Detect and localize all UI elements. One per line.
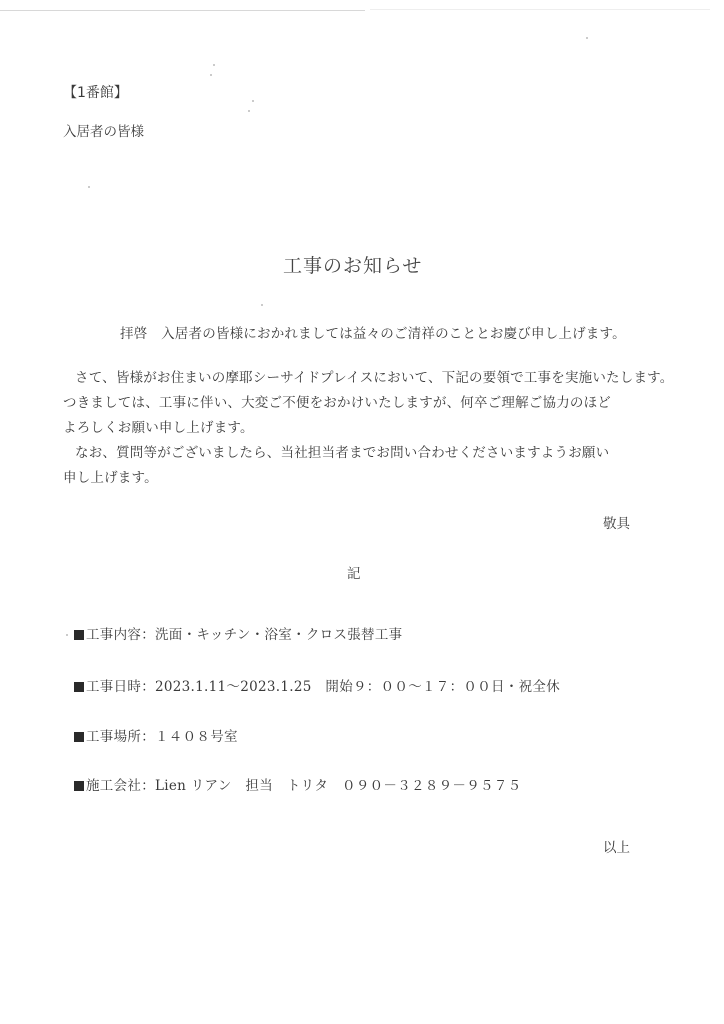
item-value: 洗面・キッチン・浴室・クロス張替工事 bbox=[155, 627, 402, 643]
scan-speck bbox=[248, 110, 250, 112]
scan-speck bbox=[213, 64, 215, 66]
scan-speck bbox=[261, 304, 263, 306]
greeting-line: 拝啓 入居者の皆様におかれましては益々のご清祥のこととお慶び申し上げます。 bbox=[120, 322, 626, 342]
body-line: 申し上げます。 bbox=[63, 466, 158, 486]
scan-speck bbox=[66, 634, 68, 636]
item-label: 工事内容： bbox=[86, 627, 155, 643]
square-bullet-icon bbox=[74, 682, 84, 692]
square-bullet-icon bbox=[74, 732, 84, 742]
scan-artifact-line bbox=[370, 9, 710, 10]
item-value: 2023.1.11～2023.1.25 開始９：００～１７：００日・祝全休 bbox=[155, 679, 560, 695]
detail-item-work-dates: 工事日時：2023.1.11～2023.1.25 開始９：００～１７：００日・祝… bbox=[74, 675, 560, 695]
body-line: つきましては、工事に伴い、大変ご不便をおかけいたしますが、何卒ご理解ご協力のほど bbox=[63, 391, 611, 411]
item-value: １４０８号室 bbox=[155, 729, 238, 745]
item-value: Lien リアン 担当 トリタ ０９０－３２８９－９５７５ bbox=[155, 778, 521, 794]
detail-item-work-content: 工事内容：洗面・キッチン・浴室・クロス張替工事 bbox=[74, 623, 402, 643]
addressee: 入居者の皆様 bbox=[63, 120, 144, 140]
square-bullet-icon bbox=[74, 781, 84, 791]
closing-keigu: 敬具 bbox=[603, 512, 630, 532]
item-label: 工事日時： bbox=[86, 679, 155, 695]
detail-item-contractor: 施工会社：Lien リアン 担当 トリタ ０９０－３２８９－９５７５ bbox=[74, 774, 521, 794]
scan-artifact-line bbox=[0, 10, 365, 11]
scan-speck bbox=[586, 37, 588, 39]
body-line: よろしくお願い申し上げます。 bbox=[63, 416, 254, 436]
document-title: 工事のお知らせ bbox=[283, 251, 422, 278]
item-label: 施工会社： bbox=[86, 778, 155, 794]
ki-heading: 記 bbox=[347, 562, 361, 582]
scan-speck bbox=[210, 74, 212, 76]
scan-speck bbox=[88, 186, 90, 188]
body-line: なお、質問等がございましたら、当社担当者までお問い合わせくださいますようお願い bbox=[75, 441, 609, 461]
building-label: 【1番館】 bbox=[63, 82, 128, 102]
square-bullet-icon bbox=[74, 630, 84, 640]
body-line: さて、皆様がお住まいの摩耶シーサイドプレイスにおいて、下記の要領で工事を実施いた… bbox=[75, 366, 673, 386]
detail-item-work-location: 工事場所：１４０８号室 bbox=[74, 725, 238, 745]
item-label: 工事場所： bbox=[86, 729, 155, 745]
scan-speck bbox=[252, 100, 254, 102]
end-ijo: 以上 bbox=[603, 836, 630, 856]
